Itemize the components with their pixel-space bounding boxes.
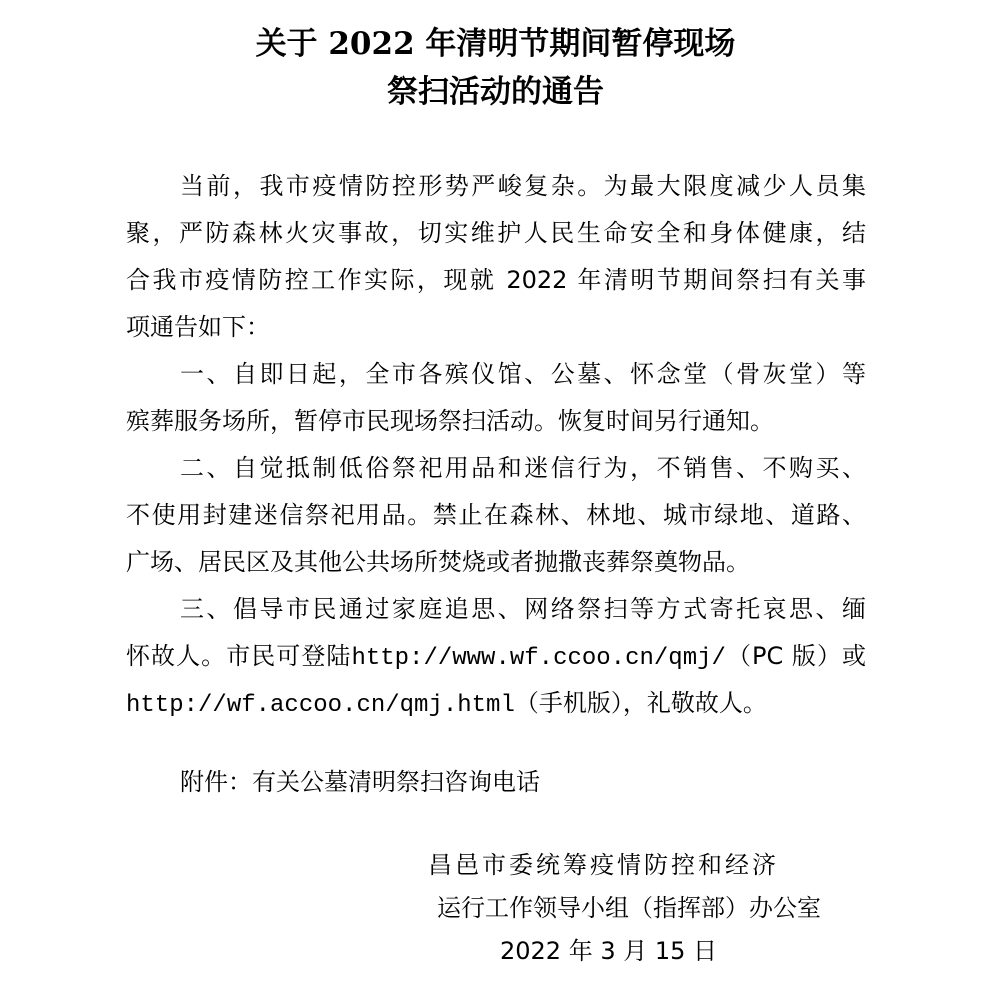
item-2-line-1: 二、自觉抵制低俗祭祀用品和迷信行为，不销售、不购买、 — [180, 452, 866, 484]
item-1-line-1: 一、自即日起，全市各殡仪馆、公墓、怀念堂（骨灰堂）等 — [180, 358, 866, 390]
document-title-line-1: 关于 2022 年清明节期间暂停现场 — [0, 24, 991, 64]
signature-org-line-1: 昌邑市委统筹疫情防控和经济 — [428, 849, 779, 881]
intro-line-4: 项通告如下： — [126, 311, 866, 343]
intro-line-3: 合我市疫情防控工作实际，现就 2022 年清明节期间祭扫有关事 — [126, 264, 866, 296]
intro-line-2: 聚，严防森林火灾事故，切实维护人民生命安全和身体健康，结 — [126, 217, 866, 249]
intro-line-1: 当前，我市疫情防控形势严峻复杂。为最大限度减少人员集 — [180, 170, 866, 202]
item-3-text-a: 怀故人。市民可登陆 — [126, 642, 351, 670]
item-2-line-2: 不使用封建迷信祭祀用品。禁止在森林、林地、城市绿地、道路、 — [126, 499, 866, 531]
attachment-note: 附件：有关公墓清明祭扫咨询电话 — [180, 766, 540, 798]
item-3-line-3: http://wf.accoo.cn/qmj.html（手机版），礼敬故人。 — [126, 687, 866, 722]
document-title-line-2: 祭扫活动的通告 — [0, 72, 991, 112]
item-1-line-2: 殡葬服务场所，暂停市民现场祭扫活动。恢复时间另行通知。 — [126, 405, 866, 437]
item-3-line-2: 怀故人。市民可登陆http://www.wf.ccoo.cn/qmj/（PC 版… — [126, 640, 866, 675]
signature-org-line-2: 运行工作领导小组（指挥部）办公室 — [437, 892, 821, 924]
pc-version-link[interactable]: http://www.wf.ccoo.cn/qmj/ — [351, 645, 725, 672]
item-2-line-3: 广场、居民区及其他公共场所焚烧或者抛撒丧葬祭奠物品。 — [126, 546, 866, 578]
item-3-text-b: （PC 版）或 — [726, 642, 866, 670]
item-3-line-1: 三、倡导市民通过家庭追思、网络祭扫等方式寄托哀思、缅 — [180, 593, 866, 625]
item-3-text-c: （手机版），礼敬故人。 — [515, 689, 767, 717]
mobile-version-link[interactable]: http://wf.accoo.cn/qmj.html — [126, 692, 515, 719]
signature-date: 2022 年 3 月 15 日 — [500, 935, 717, 967]
